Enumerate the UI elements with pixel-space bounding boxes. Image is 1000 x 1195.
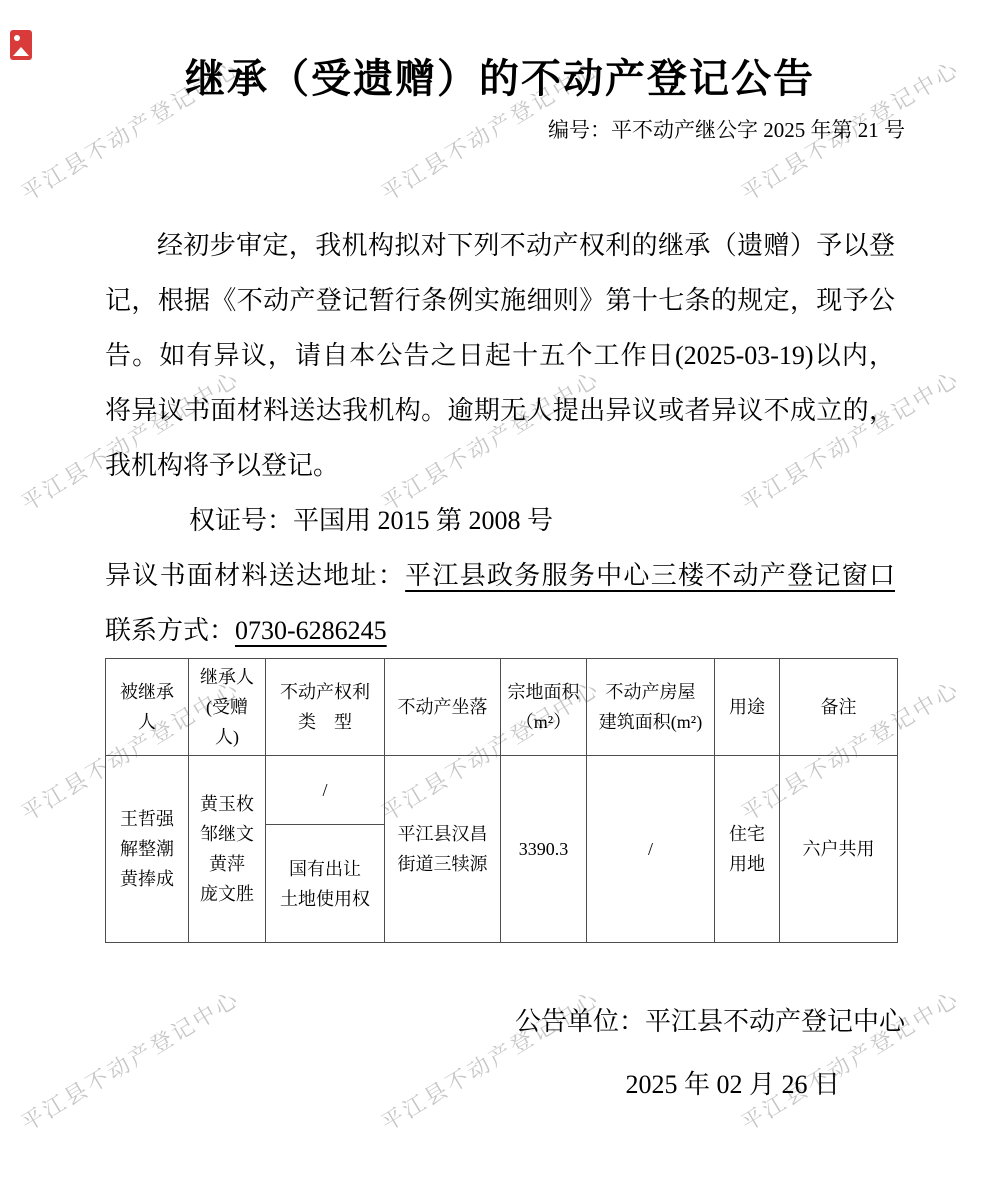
header-remark: 备注: [780, 659, 898, 756]
notice-table: 被继承 人 继承人 (受赠 人) 不动产权利 类 型 不动产坐落 宗地面积 （m…: [105, 658, 898, 943]
cell-usage: 住宅 用地: [715, 756, 780, 943]
header-heir: 继承人 (受赠 人): [189, 659, 266, 756]
body-line: 告。如有异议，请自本公告之日起十五个工作日(2025-03-19)以内，: [105, 328, 895, 383]
header-decedent: 被继承 人: [106, 659, 189, 756]
table-header-row: 被继承 人 继承人 (受赠 人) 不动产权利 类 型 不动产坐落 宗地面积 （m…: [106, 659, 898, 756]
body-line: 经初步审定，我机构拟对下列不动产权利的继承（遗赠）予以登: [105, 218, 895, 273]
header-location: 不动产坐落: [385, 659, 501, 756]
address-value: 平江县政务服务中心三楼不动产登记窗口: [405, 561, 895, 590]
header-usage: 用途: [715, 659, 780, 756]
cell-location: 平江县汉昌 街道三犊源: [385, 756, 501, 943]
contact-line: 联系方式：0730-6286245: [105, 603, 895, 658]
cell-right-type-top: /: [266, 756, 385, 825]
objection-address-line: 异议书面材料送达地址：平江县政务服务中心三楼不动产登记窗口: [105, 548, 895, 603]
cell-parcel-area: 3390.3: [501, 756, 587, 943]
header-right-type: 不动产权利 类 型: [266, 659, 385, 756]
cell-heirs: 黄玉枚 邹继文 黄萍 庞文胜: [189, 756, 266, 943]
header-parcel-area: 宗地面积 （m²）: [501, 659, 587, 756]
page-title: 继承（受遗赠）的不动产登记公告: [0, 0, 1000, 110]
body-line: 记，根据《不动产登记暂行条例实施细则》第十七条的规定，现予公: [105, 273, 895, 328]
notice-table-wrap: 被继承 人 继承人 (受赠 人) 不动产权利 类 型 不动产坐落 宗地面积 （m…: [105, 658, 1000, 943]
cell-remark: 六户共用: [780, 756, 898, 943]
cell-building-area: /: [587, 756, 715, 943]
issuing-unit-line: 公告单位：平江县不动产登记中心: [0, 1001, 1000, 1038]
cert-number-line: 权证号：平国用 2015 第 2008 号: [105, 493, 895, 548]
notice-document: 继承（受遗赠）的不动产登记公告 编号：平不动产继公字 2025 年第 21 号 …: [0, 0, 1000, 1101]
contact-value: 0730-6286245: [235, 616, 387, 645]
body-line: 我机构将予以登记。: [105, 438, 895, 493]
body-text: 经初步审定，我机构拟对下列不动产权利的继承（遗赠）予以登 记，根据《不动产登记暂…: [0, 218, 1000, 658]
table-data-row: 王哲强 解整潮 黄捧成 黄玉枚 邹继文 黄萍 庞文胜 / 平江县汉昌 街道三犊源…: [106, 756, 898, 825]
body-line: 将异议书面材料送达我机构。逾期无人提出异议或者异议不成立的，: [105, 383, 895, 438]
cell-right-type-bottom: 国有出让 土地使用权: [266, 825, 385, 943]
address-label: 异议书面材料送达地址：: [105, 561, 405, 590]
header-building-area: 不动产房屋 建筑面积(m²): [587, 659, 715, 756]
doc-number: 编号：平不动产继公字 2025 年第 21 号: [0, 114, 1000, 144]
cell-decedents: 王哲强 解整潮 黄捧成: [106, 756, 189, 943]
contact-label: 联系方式：: [105, 616, 235, 645]
issue-date-line: 2025 年 02 月 26 日: [0, 1064, 1000, 1101]
